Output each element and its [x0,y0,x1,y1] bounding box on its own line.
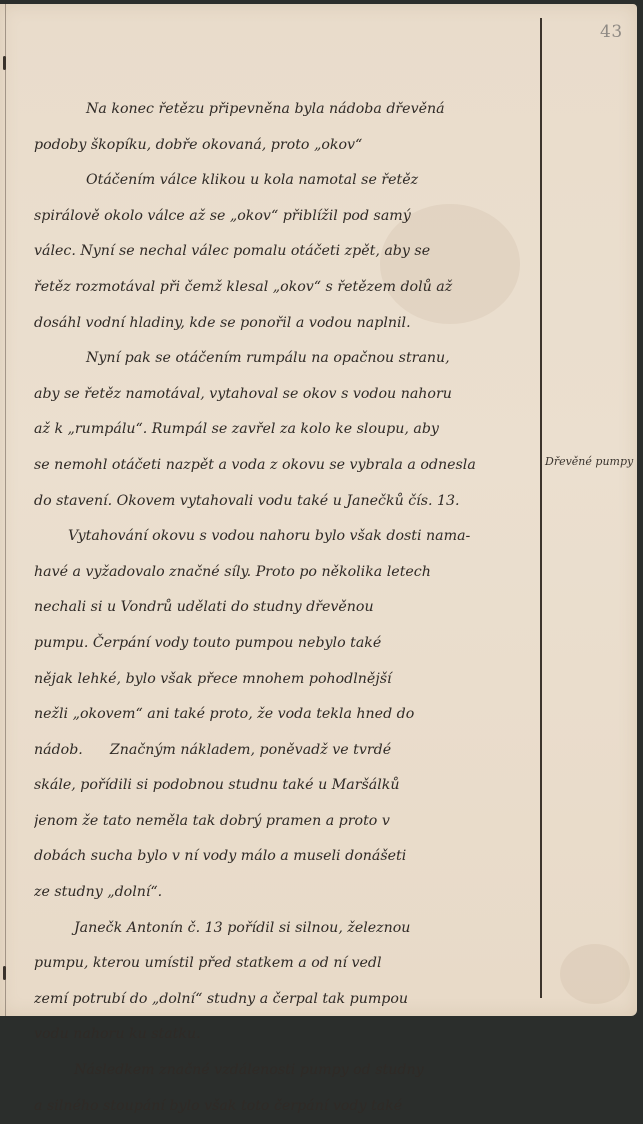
binding-edge [5,4,6,1016]
text-line: Na konec řetězu připevněna byla nádoba d… [34,92,538,128]
text-line: Janečk Antonín č. 13 pořídil si silnou, … [34,911,538,947]
text-line: pumpu, kterou umístil před statkem a od … [34,946,538,982]
text-line: pumpu. Čerpání vody touto pumpou nebylo … [34,626,538,662]
text-line: podoby škopíku, dobře okovaná, proto „ok… [34,128,538,164]
text-line: Otáčením válce klikou u kola namotal se … [34,163,538,199]
binding-stitch [3,966,6,980]
binding-stitch [3,56,6,70]
margin-rule [540,18,542,998]
text-line: Nyní pak se otáčením rumpálu na opačnou … [34,341,538,377]
text-line: nádob. Značným nákladem, poněvadž ve tvr… [34,733,538,769]
text-line: skále, pořídili si podobnou studnu také … [34,768,538,804]
text-line: válec. Nyní se nechal válec pomalu otáče… [34,234,538,270]
text-line: nějak lehké, bylo však přece mnohem poho… [34,662,538,698]
text-line: havé a vyžadovalo značné síly. Proto po … [34,555,538,591]
text-line: dosáhl vodní hladiny, kde se ponořil a v… [34,306,538,342]
document-page: 43 Dřevěné pumpy Na konec řetězu připevn… [0,4,637,1016]
text-line: aby se řetěz namotával, vytahoval se oko… [34,377,538,413]
text-line: vodu nahoru ku statku. [34,1017,538,1024]
text-line: spirálově okolo válce až se „okov“ přibl… [34,199,538,235]
margin-note: Dřevěné pumpy [545,455,641,468]
text-line: Vytahování okovu s vodou nahoru bylo vša… [34,519,538,555]
page-number: 43 [600,22,623,42]
text-line: se nemohl otáčeti nazpět a voda z okovu … [34,448,538,484]
text-line: do stavení. Okovem vytahovali vodu také … [34,484,538,520]
paper-stain [560,944,630,1004]
text-line: řetěz rozmotával při čemž klesal „okov“ … [34,270,538,306]
text-line: ze studny „dolní“. [34,875,538,911]
text-line: zemí potrubí do „dolní“ studny a čerpal … [34,982,538,1018]
text-line: dobách sucha bylo v ní vody málo a musel… [34,839,538,875]
text-line: nechali si u Vondrů udělati do studny dř… [34,590,538,626]
text-line: jenom že tato neměla tak dobrý pramen a … [34,804,538,840]
handwritten-body: Na konec řetězu připevněna byla nádoba d… [34,92,538,1024]
text-line: nežli „okovem“ ani také proto, že voda t… [34,697,538,733]
text-line: až k „rumpálu“. Rumpál se zavřel za kolo… [34,412,538,448]
